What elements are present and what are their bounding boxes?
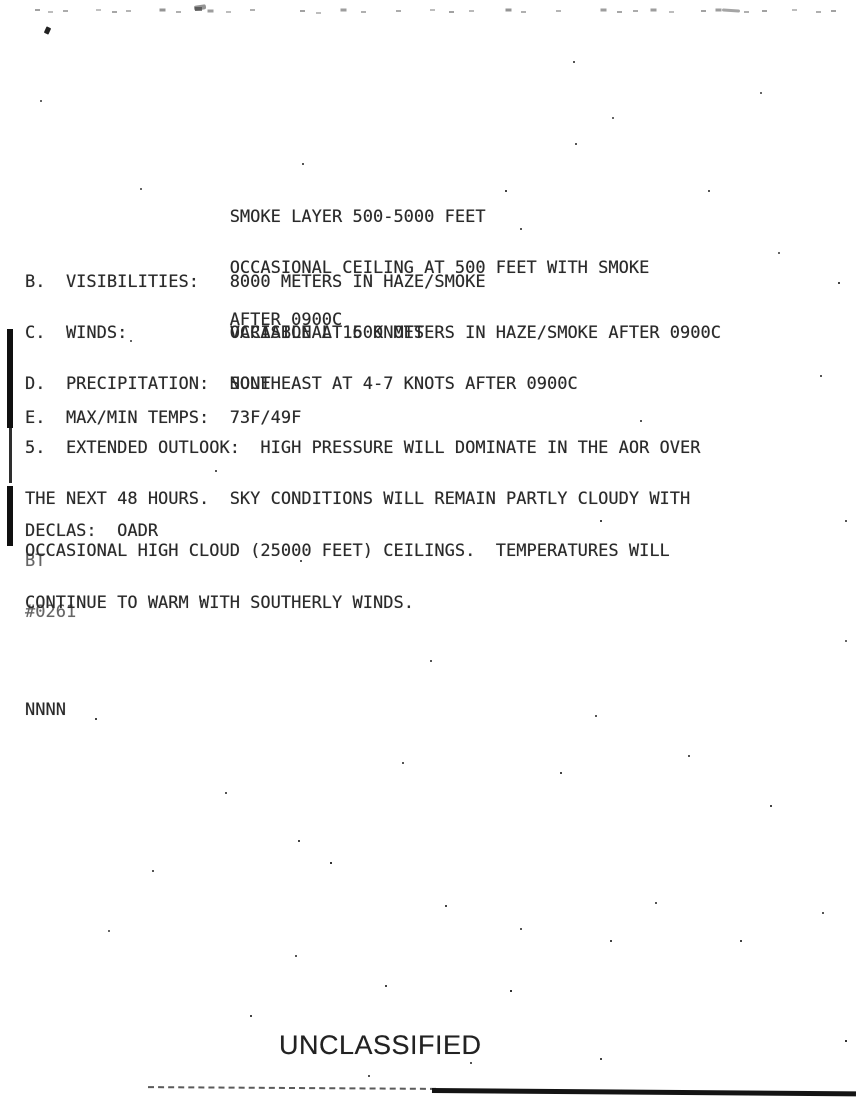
declas-value: OADR	[117, 521, 158, 541]
eom-block: NNNN	[25, 667, 66, 753]
terminator-block: BT #0261	[25, 518, 76, 656]
bottom-scan-line-solid	[432, 1088, 856, 1096]
serial-line: #0261	[25, 604, 76, 621]
eom-line: NNNN	[25, 702, 66, 719]
item-label: WINDS:	[66, 325, 230, 342]
item-label: VISIBILITIES:	[66, 274, 230, 291]
scan-specks	[0, 0, 2, 2]
scanned-document-page: SMOKE LAYER 500-5000 FEET OCCASIONAL CEI…	[0, 0, 856, 1104]
item-value: 8000 METERS IN HAZE/SMOKE	[230, 272, 486, 292]
left-edge-scan-bar	[7, 329, 13, 428]
item-letter: 5.	[25, 440, 66, 457]
left-edge-scan-bar	[9, 428, 12, 483]
item-value: VARIABLE AT 5 KNOTS	[230, 323, 424, 343]
classification-footer: UNCLASSIFIED	[279, 1030, 482, 1061]
item-letter: B.	[25, 274, 66, 291]
scan-smudge	[194, 4, 207, 11]
sky-conditions-line: SMOKE LAYER 500-5000 FEET	[25, 209, 649, 226]
corner-ink-mark	[44, 26, 51, 34]
item-row: B.VISIBILITIES:8000 METERS IN HAZE/SMOKE	[25, 274, 721, 291]
item-row: C.WINDS:VARIABLE AT 5 KNOTS	[25, 325, 578, 342]
left-edge-scan-bar	[7, 486, 13, 546]
extended-outlook-line: CONTINUE TO WARM WITH SOUTHERLY WINDS.	[25, 595, 701, 612]
bt-line: BT	[25, 553, 76, 570]
item-letter: C.	[25, 325, 66, 342]
scan-smudge	[722, 8, 740, 12]
extended-outlook-line: 5.EXTENDED OUTLOOK: HIGH PRESSURE WILL D…	[25, 440, 701, 457]
bottom-scan-line-dashed	[148, 1086, 436, 1090]
